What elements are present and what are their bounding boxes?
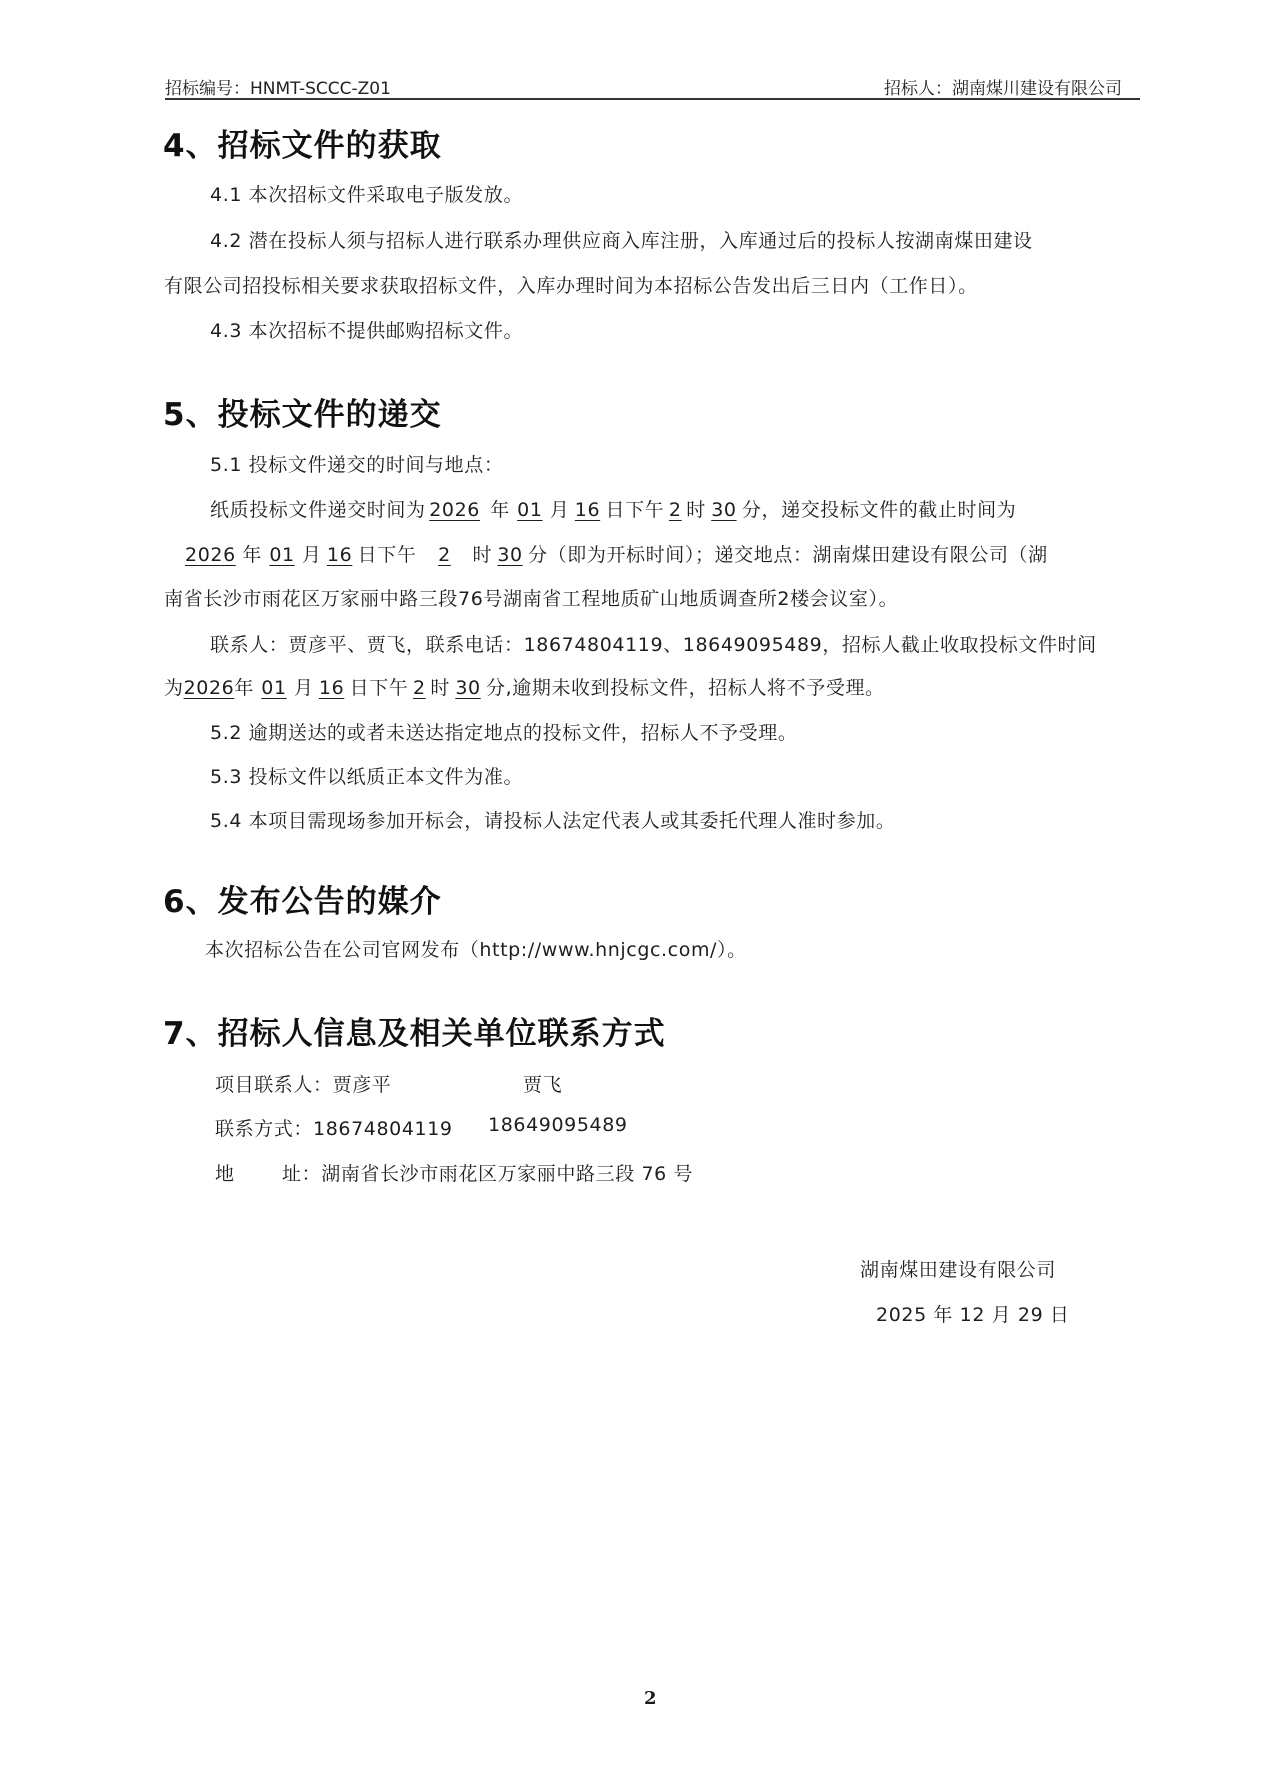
- contact-phone: 联系方式：18674804119: [215, 1114, 453, 1141]
- contact-phone-second: 18649095489: [488, 1114, 628, 1136]
- page-header: 招标编号：HNMT-SCCC-Z01 招标人：湖南煤川建设有限公司: [165, 72, 1140, 100]
- text: 月: [550, 499, 570, 521]
- section-5-3: 5.3 投标文件以纸质正本文件为准。: [210, 762, 523, 789]
- text: 时: [430, 677, 450, 699]
- section-5-1: 5.1 投标文件递交的时间与地点：: [210, 450, 503, 477]
- section-4-2-line1: 4.2 潜在投标人须与招标人进行联系办理供应商入库注册，入库通过后的投标人按湖南…: [210, 226, 1033, 253]
- hour-field: 2: [416, 544, 472, 566]
- hour-field: 2: [664, 499, 686, 521]
- section-5-4: 5.4 本项目需现场参加开标会，请投标人法定代表人或其委托代理人准时参加。: [210, 806, 895, 833]
- section-4-1: 4.1 本次招标文件采取电子版发放。: [210, 180, 523, 207]
- text: 年: [490, 499, 510, 521]
- text: 为: [164, 677, 184, 699]
- deadline-line: 2026 年01月16日下午2时30分（即为开标时间）；递交地点：湖南煤田建设有…: [185, 540, 1048, 567]
- project-contact: 项目联系人：贾彦平: [215, 1070, 391, 1097]
- text: 纸质投标文件递交时间为: [210, 499, 426, 521]
- receipt-deadline-line: 为2026年01月16日下午2时30分,逾期未收到投标文件，招标人将不予受理。: [164, 673, 885, 700]
- text: 时: [686, 499, 706, 521]
- section-6-title: 6、发布公告的媒介: [163, 876, 442, 921]
- text: 月: [294, 677, 314, 699]
- section-4-2-line2: 有限公司招投标相关要求获取招标文件，入库办理时间为本招标公告发出后三日内（工作日…: [164, 271, 978, 298]
- contact-line: 联系人：贾彦平、贾飞，联系电话：18674804119、18649095489，…: [210, 630, 1097, 657]
- text: 月: [302, 544, 322, 566]
- day-field: 16: [569, 499, 605, 521]
- minute-field: 30: [492, 544, 528, 566]
- section-4-title: 4、招标文件的获取: [163, 120, 442, 165]
- page-number: 2: [644, 1688, 657, 1709]
- project-contact-second: 贾飞: [523, 1070, 562, 1097]
- section-7-title: 7、招标人信息及相关单位联系方式: [163, 1008, 666, 1053]
- submission-time-line: 纸质投标文件递交时间为2026 年01月16日下午2时30分，递交投标文件的截止…: [210, 495, 1016, 522]
- signature-date: 2025 年 12 月 29 日: [876, 1300, 1070, 1327]
- year-field: 2026: [185, 544, 236, 566]
- month-field: 01: [262, 544, 302, 566]
- text: 日下午: [605, 499, 664, 521]
- address-label: 地: [215, 1159, 235, 1186]
- text: 日下午: [358, 544, 417, 566]
- text: 年: [242, 544, 262, 566]
- text: 分，递交投标文件的截止时间为: [742, 499, 1016, 521]
- month-field: 01: [254, 677, 294, 699]
- text: 年: [234, 677, 254, 699]
- year-field: 2026: [184, 677, 235, 699]
- text: 分（即为开标时间）；递交地点：湖南煤田建设有限公司（湖: [528, 544, 1048, 566]
- tender-number: 招标编号：HNMT-SCCC-Z01: [165, 74, 391, 99]
- signature-company: 湖南煤田建设有限公司: [860, 1255, 1056, 1282]
- tenderer-name: 招标人：湖南煤川建设有限公司: [884, 74, 1122, 99]
- submission-address: 南省长沙市雨花区万家丽中路三段76号湖南省工程地质矿山地质调查所2楼会议室）。: [164, 584, 898, 611]
- text: 分,逾期未收到投标文件，招标人将不予受理。: [486, 677, 885, 699]
- section-5-title: 5、投标文件的递交: [163, 389, 442, 434]
- text: 日下午: [350, 677, 409, 699]
- month-field: 01: [510, 499, 550, 521]
- minute-field: 30: [450, 677, 486, 699]
- section-4-3: 4.3 本次招标不提供邮购招标文件。: [210, 316, 523, 343]
- day-field: 16: [322, 544, 358, 566]
- minute-field: 30: [706, 499, 742, 521]
- section-5-2: 5.2 逾期送达的或者未送达指定地点的投标文件，招标人不予受理。: [210, 718, 797, 745]
- hour-field: 2: [408, 677, 430, 699]
- text: 时: [472, 544, 492, 566]
- day-field: 16: [314, 677, 350, 699]
- address-value: 址：湖南省长沙市雨花区万家丽中路三段 76 号: [282, 1159, 693, 1186]
- document-page: 招标编号：HNMT-SCCC-Z01 招标人：湖南煤川建设有限公司 4、招标文件…: [0, 0, 1279, 1783]
- year-field: 2026: [426, 499, 484, 521]
- section-6-text: 本次招标公告在公司官网发布（http://www.hnjcgc.com/）。: [205, 935, 747, 962]
